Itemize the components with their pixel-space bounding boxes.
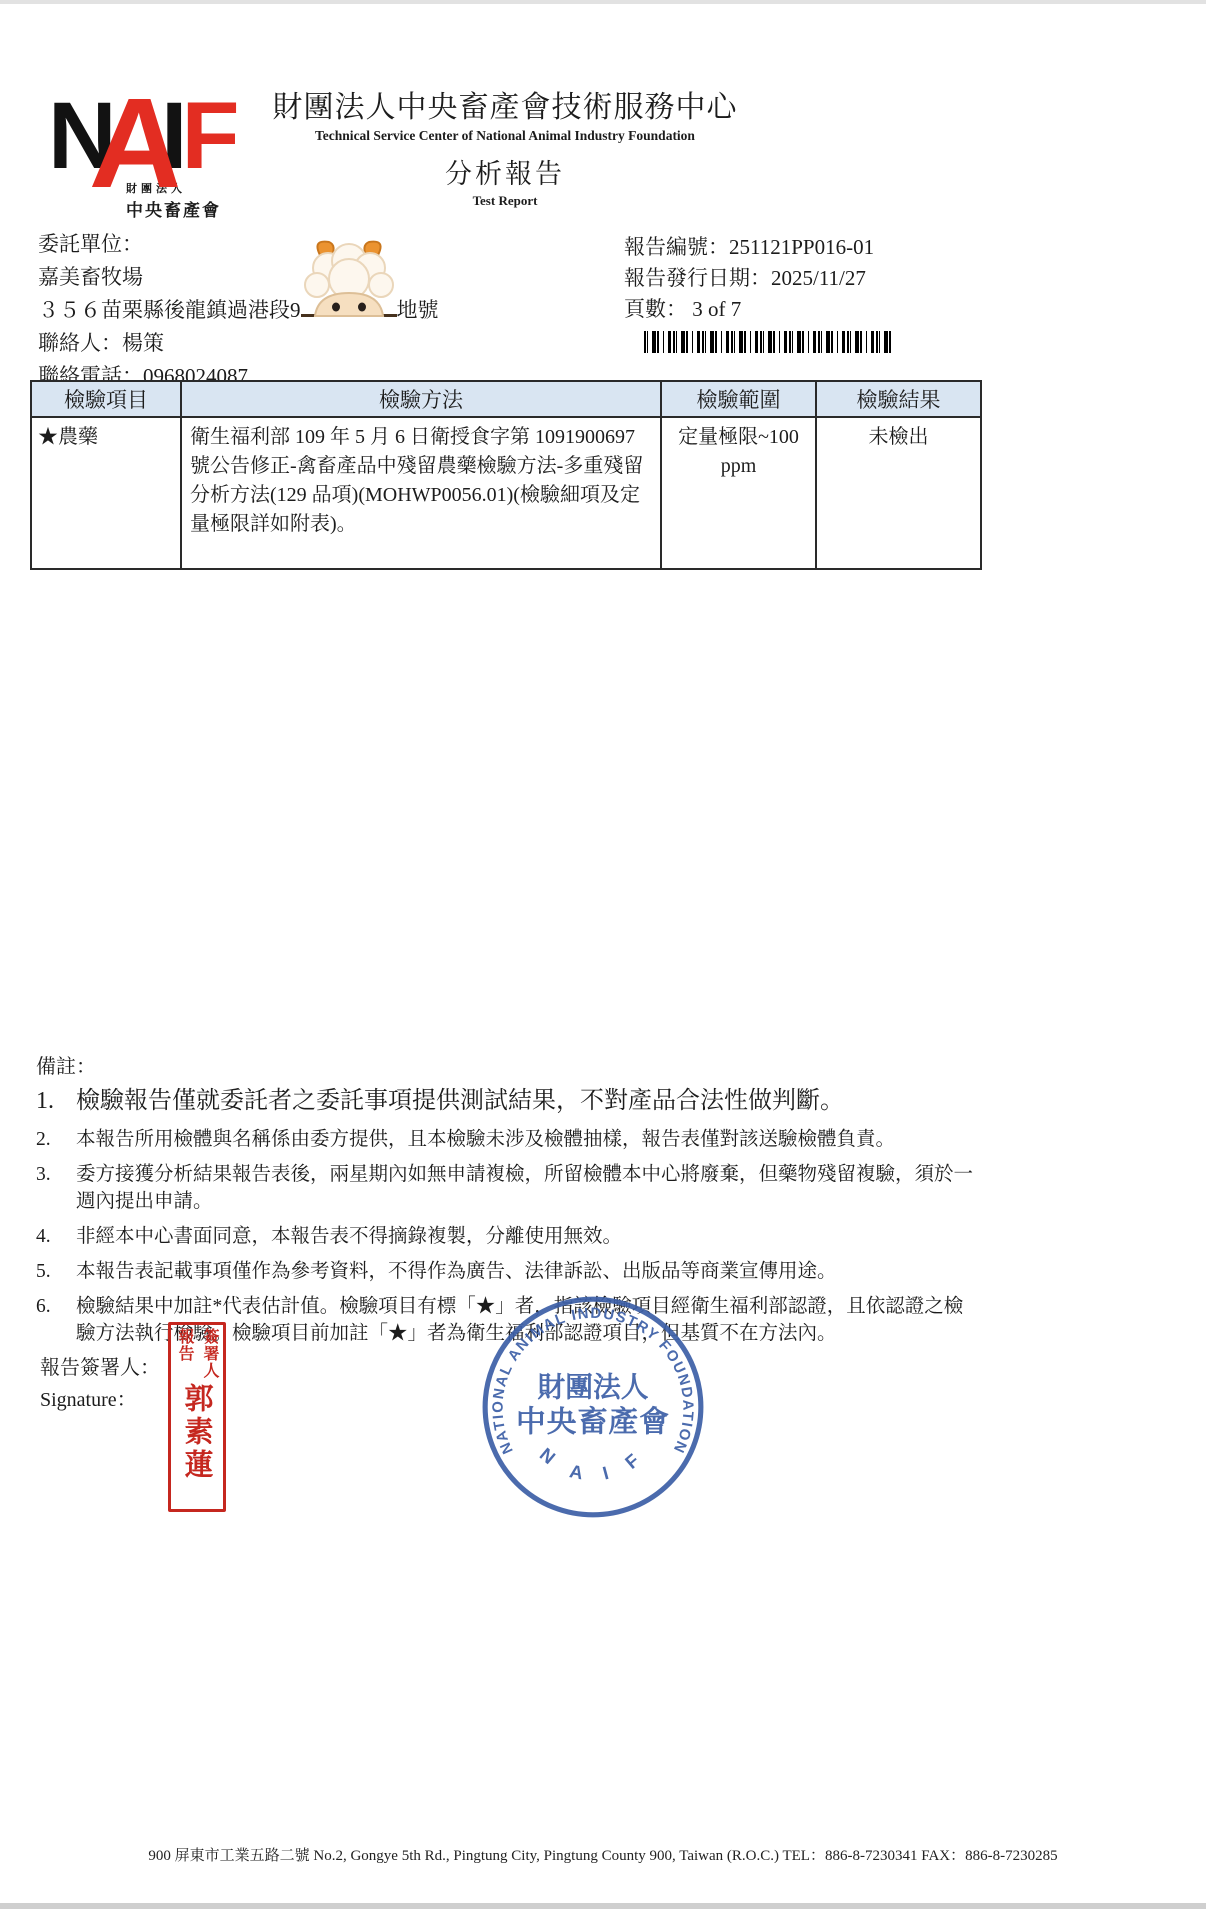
note-item: 1. 檢驗報告僅就委託者之委託事項提供測試結果，不對產品合法性做判斷。 [36,1085,976,1117]
note-item: 4. 非經本中心書面同意，本報告表不得摘錄複製，分離使用無效。 [36,1223,976,1250]
table-row: ★農藥 衛生福利部 109 年 5 月 6 日衛授食字第 1091900697 … [31,417,981,569]
note-item: 5. 本報告表記載事項僅作為參考資料，不得作為廣告、法律訴訟、出版品等商業宣傳用… [36,1258,976,1285]
note-text: 委方接獲分析結果報告表後，兩星期內如無申請複檢，所留檢體本中心將廢棄，但藥物殘留… [76,1161,976,1215]
signature-labels: 報告簽署人： Signature： [40,1352,160,1416]
client-address: ３５６苗栗縣後龍鎮過港段9 [38,294,598,327]
report-issue-date: 報告發行日期：2025/11/27 [624,263,1164,294]
test-range-cell: 定量極限~100 ppm [661,417,816,569]
naif-logo-letters: N A I F [48,80,248,176]
logo-letter-a: A [88,98,185,190]
table-header-row: 檢驗項目 檢驗方法 檢驗範圍 檢驗結果 [31,381,981,417]
signer-stamp-name: 郭素蓮 [177,1383,218,1482]
test-item-cell: ★農藥 [31,417,181,569]
note-item: 2. 本報告所用檢體與名稱係由委方提供，且本檢驗未涉及檢體抽樣，報告表僅對該送驗… [36,1126,976,1153]
test-method-cell: 衛生福利部 109 年 5 月 6 日衛授食字第 1091900697 號公告修… [181,417,661,569]
client-contact: 聯絡人：楊策 [38,327,598,360]
client-address-suffix: 地號 [397,298,439,322]
note-text: 本報告表記載事項僅作為參考資料，不得作為廣告、法律訴訟、出版品等商業宣傳用途。 [76,1258,976,1285]
note-item: 3. 委方接獲分析結果報告表後，兩星期內如無申請複檢，所留檢體本中心將廢棄，但藥… [36,1161,976,1215]
col-header-test-item: 檢驗項目 [31,381,181,417]
report-pages: 頁數： 3 of 7 [624,294,1164,325]
client-info: 委託單位： 嘉美畜牧場 ３５６苗栗縣後龍鎮過港段9 [38,228,598,393]
report-header: N A I F 財團法人 中央畜產會 財團法人中央畜產會技術服務中心 Techn… [30,72,980,209]
seal-arc-bottom-text: N A I F [536,1443,650,1485]
stamp-title-left-column: 報告 [173,1328,196,1379]
note-text: 非經本中心書面同意，本報告表不得摘錄複製，分離使用無效。 [76,1223,976,1250]
col-header-test-result: 檢驗結果 [816,381,981,417]
signature-label-zh: 報告簽署人： [40,1352,160,1384]
col-header-test-range: 檢驗範圍 [661,381,816,417]
note-number: 6. [36,1293,76,1347]
test-report-page: N A I F 財團法人 中央畜產會 財團法人中央畜產會技術服務中心 Techn… [0,0,1206,1909]
footer-address: 900 屏東市工業五路二號 No.2, Gongye 5th Rd., Ping… [0,1844,1206,1865]
seal-center-line1: 財團法人 [538,1372,649,1403]
logo-letter-f: F [181,98,239,176]
note-number: 4. [36,1223,76,1250]
report-info: 報告編號：251121PP016-01 報告發行日期：2025/11/27 頁數… [624,232,1164,353]
note-text: 本報告所用檢體與名稱係由委方提供，且本檢驗未涉及檢體抽樣，報告表僅對該送驗檢體負… [76,1126,976,1153]
report-number: 報告編號：251121PP016-01 [624,232,1164,263]
signer-stamp-title: 報告 簽署人 [173,1328,221,1379]
notes-title: 備註： [36,1050,976,1079]
note-text: 檢驗報告僅就委託者之委託事項提供測試結果，不對產品合法性做判斷。 [76,1085,976,1117]
sheep-sticker-image [299,237,399,317]
signer-stamp: 報告 簽署人 郭素蓮 [168,1322,226,1512]
note-number: 3. [36,1161,76,1215]
test-results-table: 檢驗項目 檢驗方法 檢驗範圍 檢驗結果 ★農藥 衛生福利部 109 年 5 月 … [30,380,982,570]
naif-logo: N A I F 財團法人 中央畜產會 [48,80,248,221]
report-barcode [644,331,892,353]
svg-text:N A I F: N A I F [536,1443,650,1485]
signature-label-en: Signature： [40,1384,160,1416]
note-number: 2. [36,1126,76,1153]
client-address-prefix: ３５６苗栗縣後龍鎮過港段9 [38,298,301,322]
col-header-test-method: 檢驗方法 [181,381,661,417]
stamp-title-right-column: 簽署人 [198,1328,221,1379]
seal-center-line2: 中央畜產會 [516,1405,670,1439]
test-result-cell: 未檢出 [816,417,981,569]
note-number: 1. [36,1085,76,1117]
foundation-seal: NATIONAL ANIMAL INDUSTRY FOUNDATION N A … [480,1294,706,1520]
note-number: 5. [36,1258,76,1285]
address-redaction-underline [301,297,397,317]
